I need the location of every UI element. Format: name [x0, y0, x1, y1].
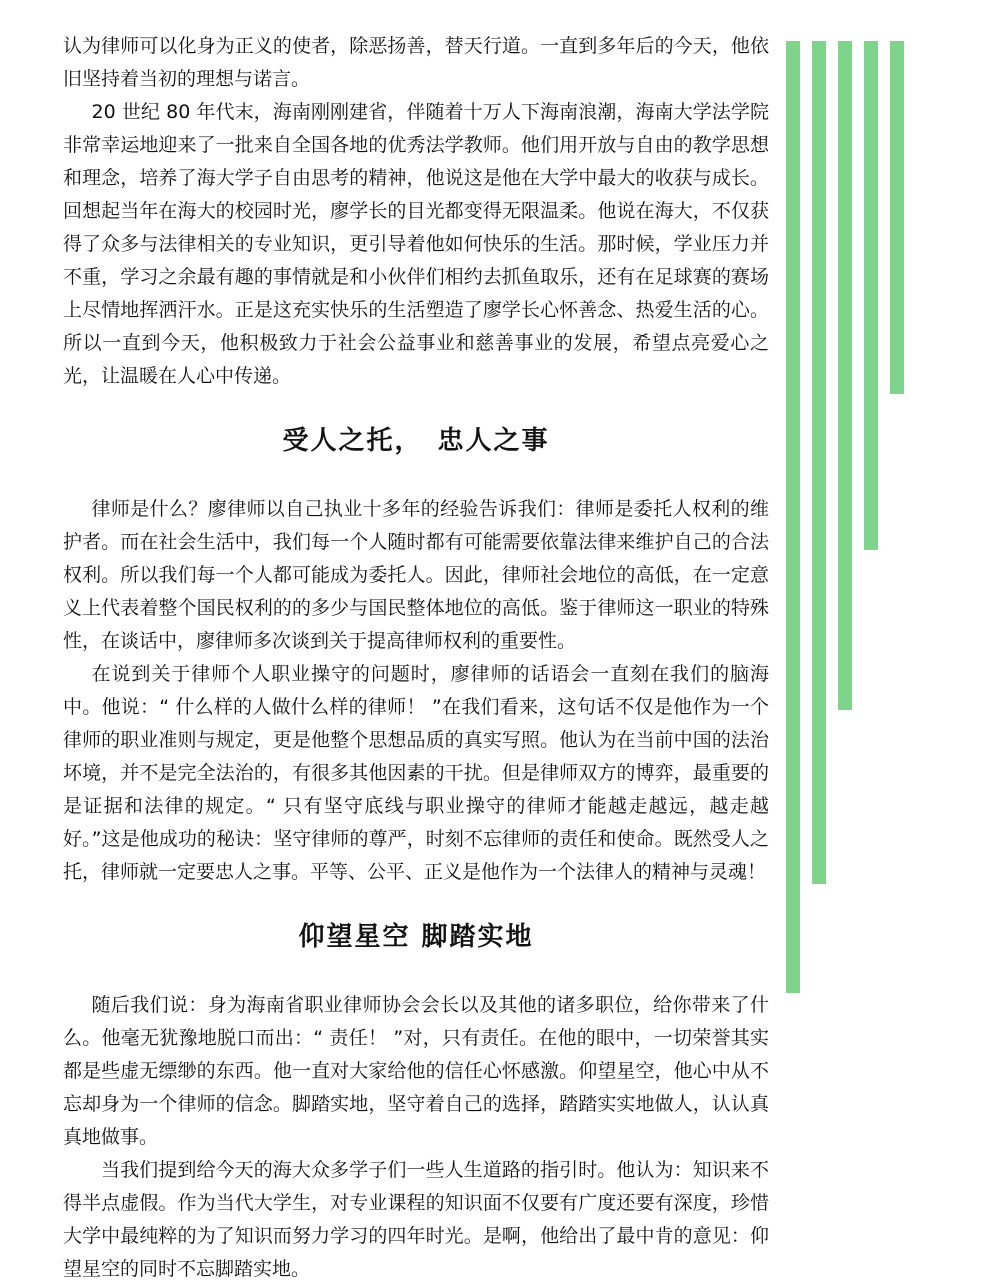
- paragraph-professional-ethics: 在说到关于律师个人职业操守的问题时，廖律师的话语会一直刻在我们的脑海中。他说：“…: [63, 658, 769, 889]
- green-bar: [890, 41, 904, 394]
- paragraph-advice-to-students: 当我们提到给今天的海大众多学子们一些人生道路的指引时。他认为：知识来不得半点虚假…: [63, 1154, 769, 1284]
- section-heading-trust: 受人之托， 忠人之事: [63, 421, 769, 461]
- green-bar: [864, 41, 878, 550]
- decorative-bars: [786, 41, 904, 993]
- green-bar: [812, 41, 826, 884]
- paragraph-hainan-university: 20 世纪 80 年代末，海南刚刚建省，伴随着十万人下海南浪潮，海南大学法学院非…: [63, 96, 769, 393]
- paragraph-lawyer-role: 律师是什么？廖律师以自己执业十多年的经验告诉我们：律师是委托人权利的维护者。而在…: [63, 493, 769, 658]
- paragraph-responsibility: 随后我们说：身为海南省职业律师协会会长以及其他的诸多职位，给你带来了什么。他毫无…: [63, 989, 769, 1154]
- green-bar: [786, 41, 800, 993]
- section-heading-stars: 仰望星空 脚踏实地: [63, 917, 769, 957]
- paragraph-continued: 认为律师可以化身为正义的使者，除恶扬善，替天行道。一直到多年后的今天，他依旧坚持…: [63, 30, 769, 96]
- article-body: 认为律师可以化身为正义的使者，除恶扬善，替天行道。一直到多年后的今天，他依旧坚持…: [63, 30, 769, 1284]
- green-bar: [838, 41, 852, 710]
